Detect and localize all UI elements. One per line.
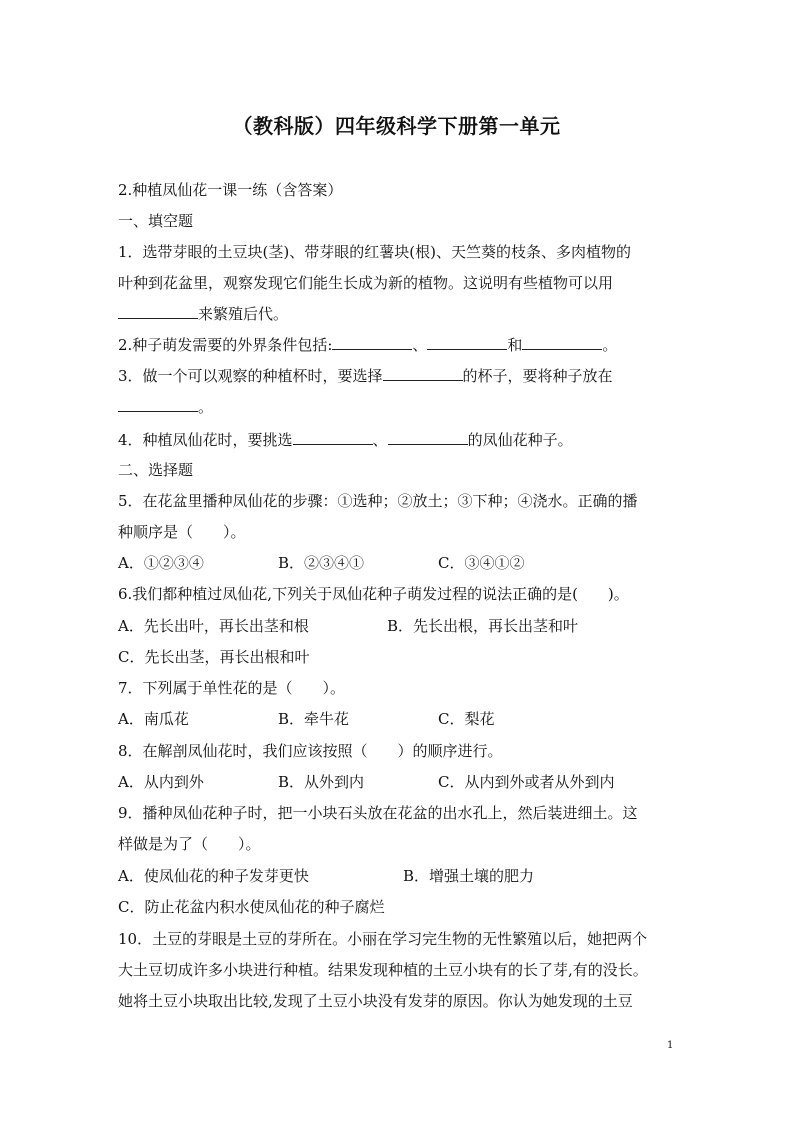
q10-line1: 10．土豆的芽眼是土豆的芽所在。小丽在学习完生物的无性繁殖以后，她把两个: [118, 929, 647, 949]
q1-text: 来繁殖后代。: [198, 305, 288, 323]
q8-option-c[interactable]: C．从内到外或者从外到内: [438, 772, 614, 792]
q2-end: 。: [602, 336, 617, 354]
q10-line3: 她将土豆小块取出比较,发现了土豆小块没有发芽的原因。你认为她发现的土豆: [118, 991, 633, 1011]
q4: 4．种植凤仙花时，要挑选、的凤仙花种子。: [118, 430, 573, 450]
q6-option-a[interactable]: A．先长出叶，再长出茎和根: [118, 616, 309, 636]
q5-option-b[interactable]: B．②③④①: [278, 553, 364, 573]
q3-text: 3．做一个可以观察的种植杯时，要选择: [118, 367, 383, 385]
q5-line1: 5．在花盆里播种凤仙花的步骤：①选种；②放土；③下种；④浇水。正确的播: [118, 491, 638, 511]
q4-text: 4．种植凤仙花时，要挑选: [118, 431, 293, 449]
q2-sep: 、: [412, 336, 427, 354]
q6-line1: 6.我们都种植过凤仙花,下列关于凤仙花种子萌发过程的说法正确的是( )。: [118, 584, 629, 604]
q2: 2.种子萌发需要的外界条件包括:、和。: [118, 335, 617, 355]
q9-option-c[interactable]: C．防止花盆内积水使凤仙花的种子腐烂: [118, 897, 384, 917]
answer-blank[interactable]: [383, 366, 463, 381]
answer-blank[interactable]: [118, 397, 198, 412]
document-title: （教科版）四年级科学下册第一单元: [0, 110, 793, 139]
q7-option-a[interactable]: A．南瓜花: [118, 709, 189, 729]
q8-option-b[interactable]: B．从外到内: [278, 772, 364, 792]
answer-blank[interactable]: [293, 430, 373, 445]
q6-option-c[interactable]: C．先长出茎，再长出根和叶: [118, 647, 309, 667]
q1-line2: 叶种到花盆里，观察发现它们能生长成为新的植物。这说明有些植物可以用: [118, 273, 613, 293]
q8-line1: 8．在解剖凤仙花时，我们应该按照（ ）的顺序进行。: [118, 741, 503, 761]
document-page: （教科版）四年级科学下册第一单元 2.种植凤仙花一课一练（含答案） 一、填空题 …: [0, 0, 793, 1122]
section-choice: 二、选择题: [118, 460, 193, 480]
q3-text: 的杯子，要将种子放在: [463, 367, 613, 385]
q1-line3: 来繁殖后代。: [118, 304, 288, 324]
answer-blank[interactable]: [118, 304, 198, 319]
answer-blank[interactable]: [427, 335, 507, 350]
answer-blank[interactable]: [388, 430, 468, 445]
q1-line1: 1．选带芽眼的土豆块(茎)、带芽眼的红薯块(根)、天竺葵的枝条、多肉植物的: [118, 242, 631, 262]
q5-line2: 种顺序是（ ）。: [118, 522, 246, 542]
q10-line2: 大土豆切成许多小块进行种植。结果发现种植的土豆小块有的长了芽,有的没长。: [118, 960, 648, 980]
q7-line1: 7．下列属于单性花的是（ ）。: [118, 678, 345, 698]
page-number: 1: [667, 1040, 673, 1051]
q8-option-a[interactable]: A．从内到外: [118, 772, 204, 792]
answer-blank[interactable]: [332, 335, 412, 350]
q9-option-a[interactable]: A．使凤仙花的种子发芽更快: [118, 866, 309, 886]
q4-sep: 、: [373, 431, 388, 449]
q7-option-c[interactable]: C．梨花: [438, 709, 494, 729]
q4-text: 的凤仙花种子。: [468, 431, 573, 449]
q5-option-c[interactable]: C．③④①②: [438, 553, 524, 573]
q2-sep: 和: [507, 336, 522, 354]
q6-option-b[interactable]: B．先长出根，再长出茎和叶: [387, 616, 578, 636]
q9-line2: 样做是为了（ ）。: [118, 834, 261, 854]
q2-text: 2.种子萌发需要的外界条件包括:: [118, 336, 332, 354]
section-fill-blank: 一、填空题: [118, 211, 193, 231]
q3: 3．做一个可以观察的种植杯时，要选择的杯子，要将种子放在: [118, 366, 613, 386]
subtitle: 2.种植凤仙花一课一练（含答案）: [118, 180, 342, 200]
q5-option-a[interactable]: A．①②③④: [118, 553, 204, 573]
answer-blank[interactable]: [522, 335, 602, 350]
q3-end: 。: [198, 398, 213, 416]
q9-line1: 9．播种凤仙花种子时，把一小块石头放在花盆的出水孔上，然后装进细土。这: [118, 803, 638, 823]
q9-option-b[interactable]: B．增强土壤的肥力: [403, 866, 534, 886]
q3-line2: 。: [118, 397, 213, 417]
q7-option-b[interactable]: B．牵牛花: [278, 709, 349, 729]
